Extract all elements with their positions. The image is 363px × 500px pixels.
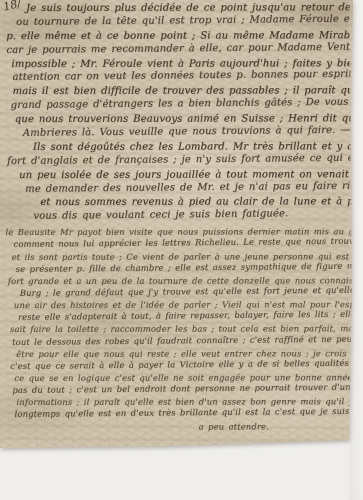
handwritten-line: tout le dessous des robes qu'il faudrait… bbox=[6, 332, 352, 347]
letter-paragraphs-small: le Beausite Mr payot bien visite que nou… bbox=[5, 224, 352, 433]
handwritten-line: longtemps qu'elle est en d'eux très bril… bbox=[6, 405, 352, 420]
handwritten-line: se présenter p. fille de chambre ; elle … bbox=[6, 259, 352, 274]
letter-body: Je suis toujours plus décidée de ce poin… bbox=[4, 0, 353, 433]
letter-page: 18/ Je suis toujours plus décidée de ce … bbox=[0, 0, 353, 448]
handwritten-line-insertion: a peu attendre. bbox=[7, 420, 353, 433]
handwritten-line: reste elle s'adapterait à tout, à faire … bbox=[6, 308, 352, 323]
scan-background: 18/ Je suis toujours plus décidée de ce … bbox=[0, 0, 363, 500]
letter-page-wrap: 18/ Je suis toujours plus décidée de ce … bbox=[0, 0, 356, 452]
letter-paragraphs-large: Je suis toujours plus décidée de ce poin… bbox=[4, 0, 351, 224]
handwritten-line: fort d'anglais et de françaises ; je n'y… bbox=[5, 151, 351, 168]
handwritten-line: pas du tout ; c'est un bel endroit dont … bbox=[6, 381, 352, 396]
handwritten-line: Ambrieres là. Vous veuille que nous trou… bbox=[5, 124, 351, 141]
handwritten-line: ou tournure de la tête qu'il est trop vr… bbox=[4, 13, 350, 30]
handwritten-line: grand passage d'étrangers les a bien bla… bbox=[5, 96, 351, 113]
handwritten-line: vous dis que voulant ceci je suis bien f… bbox=[5, 207, 351, 224]
handwritten-line: c'est que ce serait à elle à payer la Vi… bbox=[6, 356, 352, 371]
handwritten-line: comment nous lui apprécier les lettres R… bbox=[5, 235, 351, 250]
handwritten-line: attention car on veut les données toutes… bbox=[4, 68, 350, 85]
handwritten-line: me demander des nouvelles de Mr. et je n… bbox=[5, 179, 351, 196]
handwritten-line: Burg ; le grand défaut que j'y trouve es… bbox=[6, 284, 352, 299]
handwritten-line: car je pourrais me recommander à elle, c… bbox=[4, 40, 350, 57]
